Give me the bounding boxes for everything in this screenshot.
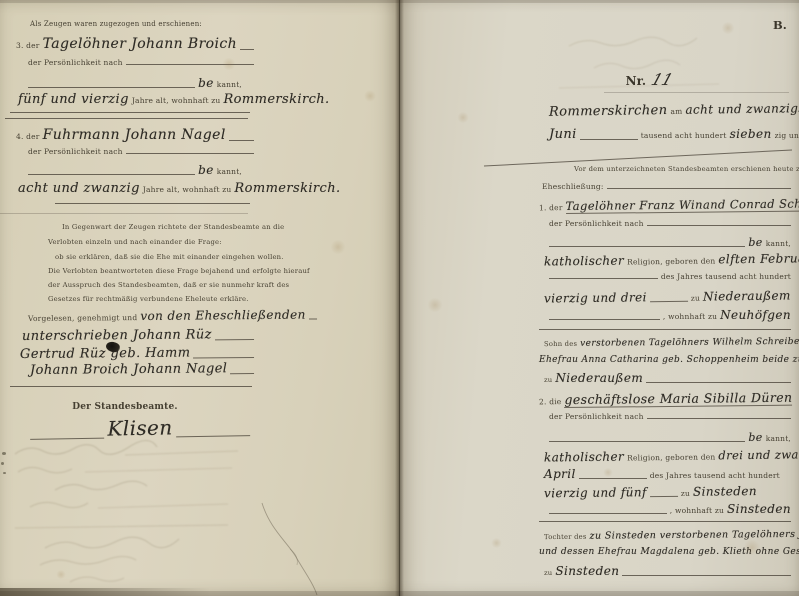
form-line: zuNiederaußem — [544, 371, 791, 385]
handwritten-text: Niederaußem — [555, 371, 643, 385]
handwritten-text: acht und zwanzigsten — [685, 101, 799, 117]
form-line: Rommerskirchenamacht und zwanzigsten — [549, 101, 791, 119]
printed-text: In Gegenwart der Zeugen richtete der Sta… — [62, 223, 284, 231]
form-line: der Persönlichkeit nach — [28, 58, 254, 67]
handwritten-text: acht und zwanzig — [18, 181, 140, 196]
rule-line — [647, 416, 791, 419]
rule-line — [126, 151, 254, 154]
printed-text: 3. der — [16, 41, 40, 50]
printed-text: kannt, — [766, 434, 791, 443]
form-line: acht und zwanzigJahre alt, wohnhaft zuRo… — [18, 181, 262, 196]
handwritten-text: vierzig und drei — [544, 290, 647, 305]
form-line: Eheschließung: — [542, 182, 791, 191]
printed-text: tausend acht hundert — [641, 131, 727, 140]
printed-text: der Persönlichkeit nach — [28, 147, 123, 156]
form-line: 4. derFuhrmann Johann Nagel — [16, 127, 254, 143]
right-page-form-lines: Rommerskirchenamacht und zwanzigstenJuni… — [399, 0, 799, 596]
form-line: Die Verlobten beantworteten diese Frage … — [48, 267, 253, 275]
handwritten-text: Neuhöfgen — [720, 308, 791, 322]
rule-line — [10, 384, 252, 387]
printed-text: Verlobten einzeln und nach einander die … — [48, 238, 222, 246]
rule-line — [176, 433, 250, 437]
form-line — [10, 110, 250, 115]
handwritten-text: zu Sinsteden verstorbenen Tagelöhners Ja… — [589, 528, 799, 541]
form-line: Sohn desverstorbenen Tagelöhners Wilhelm… — [544, 337, 794, 349]
rule-line — [5, 116, 248, 119]
printed-text: 2. die — [539, 397, 561, 406]
rule-line — [55, 201, 250, 204]
form-line: Verlobten einzeln und nach einander die … — [48, 238, 248, 246]
handwritten-text: unterschrieben Johann Rüz — [22, 327, 212, 344]
rule-line — [28, 172, 195, 175]
handwritten-text: April — [544, 467, 576, 481]
printed-text: kannt, — [217, 80, 242, 89]
form-line: Johann Broich Johann Nagel — [30, 361, 254, 378]
handwritten-text: vierzig und fünf — [544, 485, 647, 500]
printed-text: Religion, geboren den — [627, 256, 715, 266]
rule-line — [646, 380, 791, 383]
handwritten-text: Sinsteden — [727, 502, 791, 516]
form-line: der Ausspruch des Standesbeamten, daß er… — [48, 281, 253, 289]
form-line: zuSinsteden — [544, 564, 791, 578]
form-line: Gesetzes für rechtmäßig verbundene Ehele… — [48, 295, 253, 303]
form-line: Tochter deszu Sinsteden verstorbenen Tag… — [544, 529, 794, 542]
form-line: bekannt, — [549, 431, 791, 444]
handwritten-text: elften Februar — [718, 251, 799, 266]
form-line: ob sie erklären, daß sie die Ehe mit ein… — [55, 253, 250, 261]
rule-line — [539, 519, 791, 522]
handwritten-text: Tagelöhner Johann Broich — [43, 36, 237, 52]
handwritten-text: Klisen — [107, 415, 173, 440]
handwritten-text: be — [748, 236, 762, 249]
right-page: B. Nr. 11 Rommerskirchenamacht und zwanz… — [399, 0, 799, 596]
form-line: bekannt, — [549, 236, 791, 249]
printed-text: Eheschließung: — [542, 182, 604, 191]
handwritten-text: be — [198, 76, 214, 90]
rule-line — [622, 573, 791, 576]
rule-line — [549, 276, 658, 279]
form-line — [0, 211, 248, 216]
rule-line — [0, 211, 248, 214]
printed-text: des Jahres tausend acht hundert — [661, 272, 791, 281]
printed-text: 4. der — [16, 132, 40, 141]
printed-text: des Jahres tausend acht hundert — [650, 471, 780, 480]
rule-line — [30, 436, 104, 440]
printed-text: zu — [544, 376, 552, 384]
rule-line — [193, 355, 254, 359]
form-line — [604, 90, 789, 95]
form-line: Vorgelesen, genehmigt undvon den Eheschl… — [28, 308, 254, 324]
left-page: Als Zeugen waren zugezogen und erschiene… — [0, 0, 399, 596]
form-line: bekannt, — [28, 163, 242, 177]
form-line: der Persönlichkeit nach — [549, 412, 791, 421]
printed-text: Gesetzes für rechtmäßig verbundene Ehele… — [48, 295, 249, 303]
form-line — [10, 384, 252, 389]
form-line: , wohnhaft zuNeuhöfgen — [549, 308, 791, 322]
printed-text: 1. der — [539, 203, 563, 212]
printed-text: Jahre alt, wohnhaft zu — [143, 185, 232, 194]
printed-text: der Ausspruch des Standesbeamten, daß er… — [48, 281, 289, 289]
printed-text: Sohn des — [544, 340, 577, 348]
handwritten-text: Tagelöhner Franz Winand Conrad Schreiber — [566, 196, 799, 214]
printed-text: Jahre alt, wohnhaft zu — [132, 96, 221, 105]
handwritten-text: von den Eheschließenden — [140, 308, 306, 323]
handwritten-text: und dessen Ehefrau Magdalena geb. Klieth… — [539, 547, 799, 557]
form-line: Klisen — [30, 414, 250, 442]
handwritten-text: be — [198, 163, 214, 177]
form-line: Aprildes Jahres tausend acht hundert — [544, 467, 791, 481]
printed-text: , wohnhaft zu — [670, 506, 724, 515]
handwritten-text: Sinsteden — [555, 564, 619, 578]
form-line: Vor dem unterzeichneten Standesbeamten e… — [574, 165, 791, 173]
handwritten-text: geschäftslose Maria Sibilla Düren — [564, 390, 792, 408]
form-line: Als Zeugen waren zugezogen und erschiene… — [30, 20, 260, 28]
handwritten-text: Rommerskirch. — [223, 92, 329, 107]
registry-book-scan: Als Zeugen waren zugezogen und erschiene… — [0, 0, 799, 596]
form-line: und dessen Ehefrau Magdalena geb. Klieth… — [539, 547, 794, 557]
rule-line — [215, 337, 254, 340]
handwritten-text: Rommerskirch. — [234, 181, 340, 196]
handwritten-text: drei und zwanzigsten — [718, 447, 799, 463]
form-line: vierzig und fünfzuSinsteden — [544, 484, 791, 501]
rule-line — [230, 371, 254, 374]
rule-line — [126, 62, 254, 65]
handwritten-text: sieben — [730, 127, 772, 141]
rule-line — [650, 299, 688, 302]
form-line — [539, 327, 791, 332]
handwritten-text: fünf und vierzig — [18, 92, 129, 107]
printed-text: kannt, — [217, 167, 242, 176]
handwritten-text: Ehefrau Anna Catharina geb. Schoppenheim… — [539, 355, 799, 365]
printed-text: Als Zeugen waren zugezogen und erschiene… — [30, 20, 202, 28]
left-page-form-lines: Als Zeugen waren zugezogen und erschiene… — [0, 0, 399, 596]
handwritten-text: Sinsteden — [693, 484, 757, 499]
rule-line — [549, 439, 745, 442]
handwritten-text: katholischer — [544, 450, 624, 465]
form-line — [55, 201, 250, 206]
rule-line — [549, 317, 660, 320]
printed-text: am — [670, 107, 682, 116]
printed-text: Der Standesbeamte. — [72, 402, 178, 412]
handwritten-text: be — [748, 431, 762, 444]
form-line: fünf und vierzigJahre alt, wohnhaft zuRo… — [18, 92, 260, 107]
form-line: Der Standesbeamte. — [0, 402, 250, 412]
form-line — [539, 519, 791, 524]
handwritten-text: Niederaußem — [703, 288, 791, 303]
form-line: Gertrud Rüz geb. Hamm — [20, 345, 254, 362]
rule-line — [650, 494, 678, 497]
form-line: katholischerReligion, geboren dendrei un… — [544, 447, 791, 464]
handwritten-text: Rommerskirchen — [549, 103, 668, 120]
handwritten-text: verstorbenen Tagelöhners Wilhelm Schreib… — [580, 336, 799, 348]
printed-text: der Persönlichkeit nach — [28, 58, 123, 67]
form-line: Ehefrau Anna Catharina geb. Schoppenheim… — [539, 355, 794, 365]
rule-line — [607, 186, 791, 189]
printed-text: zu — [544, 569, 552, 577]
handwritten-text: Juni — [549, 127, 577, 142]
form-line: des Jahres tausend acht hundert — [549, 272, 791, 281]
printed-text: Tochter des — [544, 533, 587, 541]
form-line: vierzig und dreizuNiederaußem — [544, 288, 791, 305]
printed-text: zu — [691, 294, 700, 303]
form-line: bekannt, — [28, 76, 242, 90]
handwritten-text: katholischer — [544, 254, 624, 269]
printed-text: zu — [681, 489, 690, 498]
rule-line — [604, 90, 789, 93]
form-line: Junitausend acht hundertsiebenzig undsie… — [549, 127, 791, 142]
form-line: In Gegenwart der Zeugen richtete der Sta… — [62, 223, 252, 231]
rule-line — [28, 85, 195, 88]
form-line: 2. diegeschäftslose Maria Sibilla Düren — [539, 390, 791, 409]
form-line: der Persönlichkeit nach — [549, 219, 791, 228]
rule-line — [10, 110, 250, 113]
printed-text: zig und — [775, 131, 799, 140]
rule-line — [229, 138, 254, 141]
printed-text: Religion, geboren den — [627, 452, 715, 462]
rule-line — [580, 137, 638, 140]
rule-line — [579, 476, 647, 479]
printed-text: Vor dem unterzeichneten Standesbeamten e… — [574, 165, 799, 173]
form-line: katholischerReligion, geboren denelften … — [544, 251, 791, 268]
form-line: der Persönlichkeit nach — [28, 147, 254, 156]
printed-text: der Persönlichkeit nach — [549, 219, 644, 228]
rule-line — [647, 223, 791, 226]
rule-line — [309, 316, 317, 319]
rule-line — [549, 511, 667, 514]
form-line: 3. derTagelöhner Johann Broich — [16, 36, 254, 52]
form-line — [5, 116, 248, 121]
handwritten-text: Johann Broich Johann Nagel — [30, 361, 227, 378]
printed-text: Die Verlobten beantworteten diese Frage … — [48, 267, 310, 275]
form-line: unterschrieben Johann Rüz — [22, 327, 254, 344]
handwritten-text: Fuhrmann Johann Nagel — [43, 127, 226, 143]
printed-text: kannt, — [766, 239, 791, 248]
rule-line — [549, 244, 745, 247]
rule-line — [240, 47, 254, 50]
printed-text: Vorgelesen, genehmigt und — [28, 313, 137, 323]
form-line: , wohnhaft zuSinsteden — [549, 502, 791, 516]
rule-line — [539, 327, 791, 330]
printed-text: der Persönlichkeit nach — [549, 412, 644, 421]
printed-text: , wohnhaft zu — [663, 312, 717, 321]
form-line: 1. derTagelöhner Franz Winand Conrad Sch… — [539, 197, 791, 215]
printed-text: ob sie erklären, daß sie die Ehe mit ein… — [55, 253, 284, 261]
